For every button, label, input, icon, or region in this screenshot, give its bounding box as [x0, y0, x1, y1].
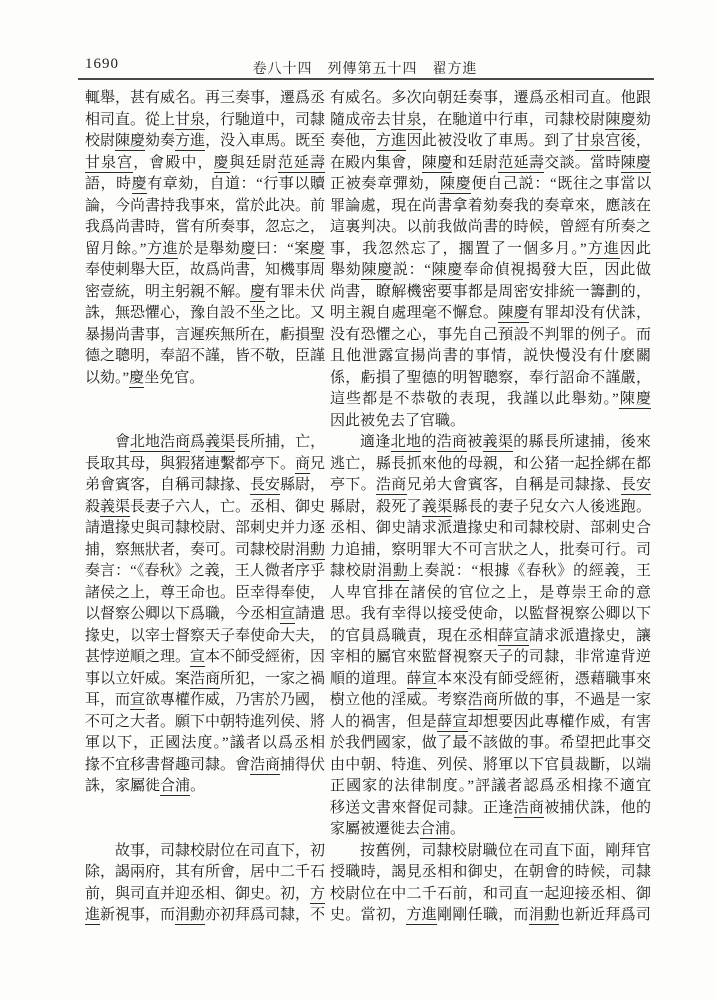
text-run: 事以立奸威。案 [85, 671, 190, 687]
text-run: 的官員爲職責，現在丞相 [330, 628, 498, 644]
proper-noun-mark: 進 [85, 907, 100, 925]
text-run: 按舊例，司隸校尉職位在司直下面，剛拜官 [360, 843, 651, 859]
text-run: 上奏説：“根據《春秋》的經義，王 [409, 563, 651, 579]
proper-noun-mark: 甘泉 [175, 112, 205, 130]
proper-noun-mark: 合浦 [420, 821, 450, 839]
text-run: 留月餘。” [85, 241, 146, 257]
proper-noun-mark: 合浦 [160, 778, 190, 796]
text-run: ，没入車馬。既至 [205, 133, 325, 149]
text-run: 德之聰明，奉詔不謹，皆不敬，臣謹 [85, 348, 325, 364]
text-line: 没有恐懼之心，事先自己預設不判罪的例子。而 [330, 325, 651, 347]
text-line: 順的道理。薛宣本來没有師受經術，憑藉職事來 [330, 669, 651, 691]
text-run: 由中朝、特進、列侯、將軍以下官員裁斷，以端 [330, 757, 651, 773]
text-run: ，在馳道中行車，司隸校尉 [422, 112, 606, 128]
text-run: 樹立他的淫威。考察 [330, 692, 468, 708]
text-run: 以劾。” [85, 370, 129, 386]
proper-noun-mark: 涓勳 [529, 907, 560, 925]
text-run: 請求派遣掾史，讓 [529, 628, 651, 644]
proper-noun-mark: 范延壽 [498, 155, 544, 173]
text-line: 請遣掾史與司隸校尉、部刺史并力逐 [85, 518, 325, 540]
text-run: 宰相的屬官來監督視察天子的司隸，非常違背逆 [330, 649, 651, 665]
text-run: 却想要因此專權作威，有害 [468, 714, 651, 730]
text-run: 順的道理。 [330, 671, 407, 687]
blank-line [85, 411, 325, 433]
text-line: 事以立奸威。案浩商所犯，一家之禍 [85, 669, 325, 691]
text-line: 掾不宜移書督趣司隸。會浩商捕得伏 [85, 755, 325, 777]
text-run: 隨 [330, 112, 345, 128]
proper-noun-mark: 方 [310, 886, 325, 904]
text-run: 誅，無恐懼心，豫自設不坐之比。又 [85, 305, 325, 321]
text-run: 兄弟大會賓客，自稱是司隸掾、 [407, 477, 621, 493]
text-line: 正國家的法律制度。”評議者認爲丞相掾不適宜 [330, 776, 651, 798]
text-line: 由中朝、特進、列侯、將軍以下官員裁斷，以端 [330, 755, 651, 777]
text-run: 弟會賓客，自稱司隸掾、 [85, 477, 250, 493]
text-line: 校尉陳慶劾奏方進，没入車馬。既至 [85, 131, 325, 153]
text-run: 事，我忽然忘了，擱置了一個多月。” [330, 241, 587, 257]
proper-noun-mark: 義渠 [100, 499, 130, 517]
text-run: 力追捕，察明罪大不可言狀之人，批奏可行。司 [330, 542, 651, 558]
text-line: 甘泉宫，會殿中，慶與廷尉范延壽 [85, 153, 325, 175]
proper-noun-mark: 慶 [240, 241, 256, 259]
right-column-translation-text: 有威名。多次向朝廷奏事，遷爲丞相司直。他跟隨成帝去甘泉，在馳道中行車，司隸校尉陳… [330, 88, 651, 927]
proper-noun-mark: 甘泉 [391, 112, 422, 130]
text-run: 移送文書來督促司隸。正逢 [330, 800, 514, 816]
proper-noun-mark: 陳慶 [115, 133, 145, 151]
text-line: 家屬被遷徙去合浦。 [330, 819, 651, 841]
text-run: 長所捕，亡， [235, 434, 325, 450]
text-line: 按舊例，司隸校尉職位在司直下面，剛拜官 [330, 841, 651, 863]
text-run: 縣長的妻子兒女六人後逃跑。 [452, 499, 651, 515]
text-line: 且他泄露宣揚尚書的事情，説快慢没有什麽關 [330, 346, 651, 368]
text-line: 甚悖逆順之理。宣本不師受經術，因 [85, 647, 325, 669]
text-run: 人的禍害，但是 [330, 714, 437, 730]
text-run: 説：“ [393, 262, 431, 278]
text-line: 於我們國家，做了最不該做的事。希望把此事交 [330, 733, 651, 755]
text-run: ，行馳道中，司隸 [205, 112, 325, 128]
text-run: 曰：“案 [256, 241, 310, 257]
text-line: 移送文書來督促司隸。正逢浩商被捕伏誅，他的 [330, 798, 651, 820]
blank-line [85, 819, 325, 841]
text-line: 奏言：“《春秋》之義，王人微者序乎 [85, 561, 325, 583]
proper-noun-mark: 義渠 [483, 434, 514, 452]
text-run: 輒舉，甚有威名。再三奏事，遷爲丞 [85, 90, 325, 106]
proper-noun-mark: 范延壽 [278, 155, 325, 173]
text-run: 相司直。從上 [85, 112, 175, 128]
text-columns: 輒舉，甚有威名。再三奏事，遷爲丞相司直。從上甘泉，行馳道中，司隸校尉陳慶劾奏方進… [85, 88, 651, 927]
text-run: 前，與司直并迎丞相、御史。初， [85, 886, 310, 902]
text-run: 去 [376, 112, 391, 128]
text-line: 亭下。浩商兄弟大會賓客，自稱是司隸掾、長安 [330, 475, 651, 497]
proper-noun-mark: 陳慶 [498, 305, 529, 323]
text-line: 殺義渠長妻子六人，亡。丞相、御史 [85, 497, 325, 519]
proper-noun-mark: 陳慶 [361, 262, 392, 280]
text-run: 思。我有幸得以接受使命，以監督視察公卿以下 [330, 606, 651, 622]
text-run: 奏言：“《春秋》之義，王人微者序乎 [85, 563, 325, 579]
proper-noun-mark: 義渠 [205, 434, 235, 452]
text-run: 縣尉，殺死了 [330, 499, 422, 515]
text-run: 軍以下，正國法度。”議者以爲丞相 [85, 735, 325, 751]
proper-noun-mark: 甘泉宫 [85, 155, 133, 173]
text-line: 語，時慶有章劾，自道：“行事以贖 [85, 174, 325, 196]
text-run: 的縣長所逮捕，後來 [513, 434, 651, 450]
text-line: 尚書，瞭解機密要事都是周密安排統一籌劃的， [330, 282, 651, 304]
text-run: 正國家的法律制度。”評議者認爲丞相掾不適宜 [330, 778, 651, 794]
proper-noun-mark: 商 [295, 456, 310, 474]
text-run: 會 [115, 434, 130, 450]
text-run: 這裏判决。以前我做尚書的時候，曾經有所奏之 [330, 219, 651, 235]
proper-noun-mark: 慶 [250, 284, 265, 302]
text-run: 罪論處，現在尚書拿着劾奏我的奏章來，應該在 [330, 198, 651, 214]
text-line: 耳，而宣欲專權作威，乃害於乃國， [85, 690, 325, 712]
proper-noun-mark: 慶 [310, 241, 325, 259]
proper-noun-mark: 方進 [587, 241, 620, 259]
text-run: 在殿内集會， [330, 155, 422, 171]
proper-noun-mark: 薛宣 [437, 714, 468, 732]
text-line: 隸校尉涓勳上奏説：“根據《春秋》的經義，王 [330, 561, 651, 583]
text-line: 會北地浩商爲義渠長所捕，亡， [85, 432, 325, 454]
text-run: 。 [450, 821, 465, 837]
text-line: 長取其母，與猳猪連繫都亭下。商兄 [85, 454, 325, 476]
blank-line [85, 798, 325, 820]
text-line: 密壹統，明主躬親不解。慶有罪未伏 [85, 282, 325, 304]
text-run: 殺 [85, 499, 100, 515]
text-run: 劾 [636, 112, 651, 128]
text-run: 耳，而 [85, 692, 130, 708]
proper-noun-mark: 浩商 [160, 434, 190, 452]
text-run: 請遣掾史與司隸校尉、部刺史并力逐 [85, 520, 325, 536]
text-run: 也新近拜爲司 [559, 907, 650, 923]
text-run: 被 [467, 434, 482, 450]
proper-noun-mark: 方進 [376, 133, 407, 151]
text-run: 暴揚尚書事，言遲疾無所在，虧損聖 [85, 327, 325, 343]
text-run: 明主親自處理毫不懈怠。 [330, 305, 498, 321]
text-line: 留月餘。”方進於是舉劾慶曰：“案慶 [85, 239, 325, 261]
text-line: 輒舉，甚有威名。再三奏事，遷爲丞 [85, 88, 325, 110]
text-run: 奉使刺舉大臣，故爲尚書，知機事周 [85, 262, 325, 278]
proper-noun-mark: 陳慶 [422, 155, 453, 173]
text-run: 有威名。多次向朝廷奏事，遷爲丞相司直。他跟 [330, 90, 651, 106]
proper-noun-mark: 方進 [175, 133, 205, 151]
text-run: 亭下。 [330, 477, 376, 493]
proper-noun-mark: 方進 [146, 241, 178, 259]
text-line: 捕，察無狀者，奏可。司隸校尉涓勳 [85, 540, 325, 562]
text-run: 坐免官。 [144, 370, 204, 386]
text-line: 誅，家屬徙合浦。 [85, 776, 325, 798]
proper-noun-mark: 陳慶 [440, 176, 471, 194]
text-line: 授職時，謁見丞相和御史，在朝會的時候，司隸 [330, 862, 651, 884]
proper-noun-mark: 浩商 [514, 800, 545, 818]
text-run: 便自己説：“既往之事當以 [471, 176, 651, 192]
text-line: 我爲尚書時，嘗有所奏事，忽忘之， [85, 217, 325, 239]
text-run: 這些都是不恭敬的表現，我謹以此舉劾。” [330, 391, 619, 407]
text-line: 人的禍害，但是薛宣却想要因此專權作威，有害 [330, 712, 651, 734]
text-run: 校尉位在中二千石前，和司直一起迎接丞相、御 [330, 886, 651, 902]
proper-noun-mark: 成帝 [345, 112, 376, 130]
proper-noun-mark: 薛宣 [407, 671, 438, 689]
text-line: 這些都是不恭敬的表現，我謹以此舉劾。”陳慶 [330, 389, 651, 411]
text-run: 所做的事，不過是一家 [498, 692, 651, 708]
text-run: 奏他， [330, 133, 376, 149]
text-line: 正被奏章彈劾，陳慶便自己説：“既往之事當以 [330, 174, 651, 196]
proper-noun-mark: 宣 [190, 649, 205, 667]
text-run: 有罪未伏 [265, 284, 325, 300]
text-run: 以督察公卿以下爲職，今丞相 [85, 606, 280, 622]
text-line: 相司直。從上甘泉，行馳道中，司隸 [85, 110, 325, 132]
proper-noun-mark: 浩商 [376, 477, 407, 495]
text-line: 思。我有幸得以接受使命，以監督視察公卿以下 [330, 604, 651, 626]
text-run: 有章劾，自道：“行事以贖 [147, 176, 325, 192]
book-page: 1690 卷八十四 列傳第五十四 翟方進 輒舉，甚有威名。再三奏事，遷爲丞相司直… [0, 0, 716, 1000]
text-line: 因此被免去了官職。 [330, 411, 651, 433]
text-run: 交談。當時 [544, 155, 620, 171]
text-run: 甚悖逆順之理。 [85, 649, 190, 665]
blank-line [85, 389, 325, 411]
text-run: 不可之大者。願下中朝特進列侯、將 [85, 714, 325, 730]
text-line: 弟會賓客，自稱司隸掾、長安縣尉， [85, 475, 325, 497]
text-run: 掾不宜移書督趣司隸。會 [85, 757, 250, 773]
text-line: 逃亡，縣長抓來他的母親，和公猪一起拴綁在都 [330, 454, 651, 476]
text-run: 没有恐懼之心，事先自己預設不判罪的例子。而 [330, 327, 651, 343]
text-run: 欲專權作威，乃害於乃國， [145, 692, 325, 708]
proper-noun-mark: 長安 [250, 477, 280, 495]
text-line: 諸侯之上，尊王命也。臣幸得奉使， [85, 583, 325, 605]
proper-noun-mark: 浩商 [250, 757, 280, 775]
text-run: 於我們國家，做了最不該做的事。希望把此事交 [330, 735, 651, 751]
text-line: 軍以下，正國法度。”議者以爲丞相 [85, 733, 325, 755]
proper-noun-mark: 陳慶 [605, 112, 636, 130]
text-run: 係，虧損了聖德的明智聰察，奉行詔命不謹嚴， [330, 370, 651, 386]
proper-noun-mark: 長安 [621, 477, 651, 495]
text-line: 這裏判决。以前我做尚書的時候，曾經有所奏之 [330, 217, 651, 239]
proper-noun-mark: 甘泉宫 [575, 133, 621, 151]
text-run: 因此被免去了官職。 [330, 413, 465, 429]
text-run: 後， [621, 133, 651, 149]
text-line: 除，謁兩府，其有所會，居中二千石 [85, 862, 325, 884]
text-run: 新視事，而 [100, 907, 175, 923]
text-line: 誅，無恐懼心，豫自設不坐之比。又 [85, 303, 325, 325]
text-run: 被捕伏誅，他的 [544, 800, 651, 816]
text-run: 語，時 [85, 176, 132, 192]
text-run: 。 [190, 778, 205, 794]
text-run: 掾史，以宰士督察天子奉使命大夫， [85, 628, 325, 644]
text-line: 史。當初，方進剛剛任職，而涓勳也新近拜爲司 [330, 905, 651, 927]
text-run: 因此 [620, 241, 651, 257]
proper-noun-mark: 宣 [280, 606, 295, 624]
proper-noun-mark: 陳慶 [619, 391, 651, 409]
text-run: 爲 [190, 434, 205, 450]
text-run: 所犯，一家之禍 [220, 671, 325, 687]
text-line: 適逢北地的浩商被義渠的縣長所逮捕，後來 [330, 432, 651, 454]
text-line: 不可之大者。願下中朝特進列侯、將 [85, 712, 325, 734]
proper-noun-mark: 義渠 [422, 499, 453, 517]
proper-noun-mark: 浩商 [468, 692, 499, 710]
text-run: 捕，察無狀者，奏可。司隸校尉 [85, 542, 295, 558]
text-line: 隨成帝去甘泉，在馳道中行車，司隸校尉陳慶劾 [330, 110, 651, 132]
text-line: 暴揚尚書事，言遲疾無所在，虧損聖 [85, 325, 325, 347]
text-run: 亦初拜爲司隸，不 [205, 907, 325, 923]
text-run: 本不師受經術，因 [205, 649, 325, 665]
text-line: 明主親自處理毫不懈怠。陳慶有罪却没有伏誅， [330, 303, 651, 325]
text-run: 逃亡，縣長抓來他的母親，和公猪一起拴綁在都 [330, 456, 651, 472]
proper-noun-mark: 方進 [406, 907, 437, 925]
proper-noun-mark: 陳慶 [431, 262, 463, 280]
text-run: 校尉 [85, 133, 115, 149]
text-run: 尚書，瞭解機密要事都是周密安排統一籌劃的， [330, 284, 651, 300]
text-run: 家屬被遷徙去 [330, 821, 420, 837]
text-line: 丞相、御史請求派遣掾史和司隸校尉、部刺史合 [330, 518, 651, 540]
proper-noun-mark: 慶 [214, 155, 230, 173]
text-run: 長取其母，與猳猪連繫都亭下。 [85, 456, 295, 472]
proper-noun-mark: 北地 [391, 434, 422, 452]
text-run: 的 [421, 434, 436, 450]
text-line: 校尉位在中二千石前，和司直一起迎接丞相、御 [330, 884, 651, 906]
text-run: 論，今尚書持我事來，當於此决。前 [85, 198, 325, 214]
proper-noun-mark: 涓勳 [295, 542, 325, 560]
text-line: 進新視事，而涓勳亦初拜爲司隸，不 [85, 905, 325, 927]
text-run: 人卑官排在諸侯的官位之上，是尊崇王命的意 [330, 585, 651, 601]
header-title: 卷八十四 列傳第五十四 翟方進 [85, 58, 645, 78]
proper-noun-mark: 涓勳 [377, 563, 408, 581]
text-run: 本來没有師受經術，憑藉職事來 [437, 671, 651, 687]
proper-noun-mark: 浩商 [190, 671, 220, 689]
text-run: 正被奏章彈劾， [330, 176, 440, 192]
text-line: 樹立他的淫威。考察浩商所做的事，不過是一家 [330, 690, 651, 712]
text-line: 人卑官排在諸侯的官位之上，是尊崇王命的意 [330, 583, 651, 605]
text-run: 劾奏 [145, 133, 175, 149]
text-run: 長妻子六人，亡。丞相、御史 [130, 499, 325, 515]
text-run: 除，謁兩府，其有所會，居中二千石 [85, 864, 325, 880]
text-run: 縣尉， [280, 477, 325, 493]
header-rule [78, 78, 654, 80]
text-run: 和廷尉 [452, 155, 498, 171]
text-run: 且他泄露宣揚尚書的事情，説快慢没有什麽關 [330, 348, 651, 364]
text-run: 兄 [310, 456, 325, 472]
text-run: 因此被没收了車馬。到了 [406, 133, 574, 149]
text-run: 諸侯之上，尊王命也。臣幸得奉使， [85, 585, 325, 601]
left-column-classical-text: 輒舉，甚有威名。再三奏事，遷爲丞相司直。從上甘泉，行馳道中，司隸校尉陳慶劾奏方進… [85, 88, 325, 927]
text-run: 史。當初， [330, 907, 406, 923]
text-run: 誅，家屬徙 [85, 778, 160, 794]
proper-noun-mark: 涓勳 [175, 907, 205, 925]
text-line: 縣尉，殺死了義渠縣長的妻子兒女六人後逃跑。 [330, 497, 651, 519]
proper-noun-mark: 慶 [132, 176, 148, 194]
text-run: 故事，司隸校尉位在司直下，初 [115, 843, 325, 859]
text-line: 以督察公卿以下爲職，今丞相宣請遣 [85, 604, 325, 626]
text-run: 丞相、御史請求派遣掾史和司隸校尉、部刺史合 [330, 520, 651, 536]
proper-noun-mark: 宣 [130, 692, 145, 710]
text-line: 力追捕，察明罪大不可言狀之人，批奏可行。司 [330, 540, 651, 562]
text-run: 我爲尚書時，嘗有所奏事，忽忘之， [85, 219, 325, 235]
text-run: 密壹統，明主躬親不解。 [85, 284, 250, 300]
text-line: 宰相的屬官來監督視察天子的司隸，非常違背逆 [330, 647, 651, 669]
text-run: 有罪却没有伏誅， [529, 305, 651, 321]
text-line: 有威名。多次向朝廷奏事，遷爲丞相司直。他跟 [330, 88, 651, 110]
text-run: 捕得伏 [280, 757, 325, 773]
text-line: 的官員爲職責，現在丞相薛宣請求派遣掾史，讓 [330, 626, 651, 648]
text-line: 舉劾陳慶説：“陳慶奉命偵視揭發大臣，因此做 [330, 260, 651, 282]
text-run: 授職時，謁見丞相和御史，在朝會的時候，司隸 [330, 864, 651, 880]
text-run: 隸校尉 [330, 563, 377, 579]
proper-noun-mark: 薛宣 [498, 628, 529, 646]
text-run: 舉劾 [330, 262, 361, 278]
proper-noun-mark: 慶 [129, 370, 144, 388]
text-run: 奉命偵視揭發大臣，因此做 [463, 262, 651, 278]
text-line: 以劾。”慶坐免官。 [85, 368, 325, 390]
text-line: 在殿内集會，陳慶和廷尉范延壽交談。當時陳慶 [330, 153, 651, 175]
text-line: 事，我忽然忘了，擱置了一個多月。”方進因此 [330, 239, 651, 261]
text-line: 論，今尚書持我事來，當於此决。前 [85, 196, 325, 218]
text-run: 於是舉劾 [178, 241, 240, 257]
text-line: 前，與司直并迎丞相、御史。初，方 [85, 884, 325, 906]
text-line: 故事，司隸校尉位在司直下，初 [85, 841, 325, 863]
proper-noun-mark: 北地 [130, 434, 160, 452]
text-line: 係，虧損了聖德的明智聰察，奉行詔命不謹嚴， [330, 368, 651, 390]
text-run: 請遣 [295, 606, 325, 622]
text-line: 奉使刺舉大臣，故爲尚書，知機事周 [85, 260, 325, 282]
text-line: 德之聰明，奉詔不謹，皆不敬，臣謹 [85, 346, 325, 368]
text-run: 適逢 [360, 434, 391, 450]
proper-noun-mark: 陳慶 [621, 155, 651, 173]
text-line: 掾史，以宰士督察天子奉使命大夫， [85, 626, 325, 648]
text-run: 剛剛任職，而 [437, 907, 529, 923]
text-run: ，會殿中， [133, 155, 213, 171]
text-run: 與廷尉 [230, 155, 278, 171]
proper-noun-mark: 浩商 [437, 434, 468, 452]
text-line: 奏他，方進因此被没收了車馬。到了甘泉宫後， [330, 131, 651, 153]
text-line: 罪論處，現在尚書拿着劾奏我的奏章來，應該在 [330, 196, 651, 218]
